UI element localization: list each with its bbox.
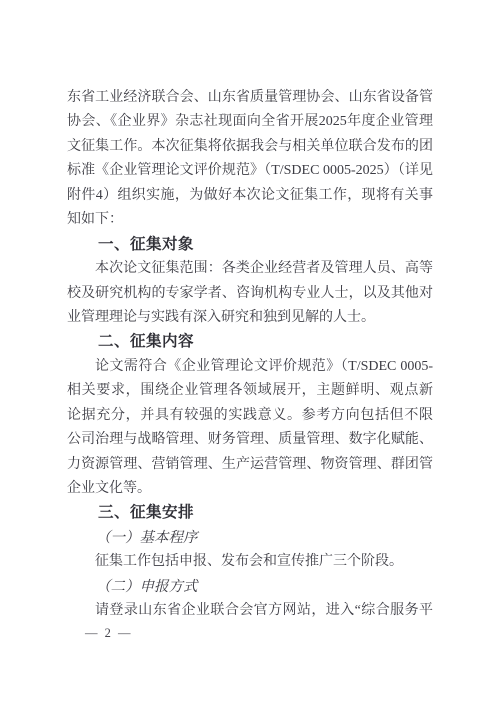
text-line: 东省工业经济联合会、山东省质量管理协会、山东省设备管理 xyxy=(67,86,433,110)
text-line: 论文需符合《企业管理论文评价规范》（T/SDEC 0005-2025） xyxy=(67,355,433,379)
section-heading-1: 一、征集对象 xyxy=(67,233,433,257)
text-line: 论据充分，并具有较强的实践意义。参考方向包括但不限于： xyxy=(67,404,433,428)
text-line: 公司治理与战略管理、财务管理、质量管理、数字化赋能、人 xyxy=(67,428,433,452)
text-line: 相关要求，围绕企业管理各领域展开，主题鲜明、观点新颖、 xyxy=(67,379,433,403)
text-line: 业管理理论与实践有深入研究和独到见解的人士。 xyxy=(67,306,433,330)
section-heading-2: 二、征集内容 xyxy=(67,330,433,354)
document-body-text: 东省工业经济联合会、山东省质量管理协会、山东省设备管理 协会、《企业界》杂志社现… xyxy=(67,86,433,624)
text-line: 力资源管理、营销管理、生产运营管理、物资管理、群团管理、 xyxy=(67,453,433,477)
text-line: 知如下： xyxy=(67,208,433,232)
text-line: 本次论文征集范围：各类企业经营者及管理人员、高等院 xyxy=(67,257,433,281)
text-line: 附件4）组织实施，为做好本次论文征集工作，现将有关事项通 xyxy=(67,184,433,208)
section-heading-3: 三、征集安排 xyxy=(67,501,433,525)
text-line: 请登录山东省企业联合会官方网站，进入“综合服务平台” xyxy=(67,599,433,623)
page-number: — 2 — xyxy=(85,626,133,641)
document-page: 东省工业经济联合会、山东省质量管理协会、山东省设备管理 协会、《企业界》杂志社现… xyxy=(0,0,500,706)
text-line: 文征集工作。本次征集将依据我会与相关单位联合发布的团体 xyxy=(67,135,433,159)
text-line: 征集工作包括申报、发布会和宣传推广三个阶段。 xyxy=(67,550,433,574)
text-line: 企业文化等。 xyxy=(67,477,433,501)
text-line: 协会、《企业界》杂志社现面向全省开展2025年度企业管理论 xyxy=(67,110,433,134)
subsection-heading-1: （一）基本程序 xyxy=(67,526,433,550)
text-line: 校及研究机构的专家学者、咨询机构专业人士，以及其他对企 xyxy=(67,282,433,306)
subsection-heading-2: （二）申报方式 xyxy=(67,575,433,599)
text-line: 标准《企业管理论文评价规范》（T/SDEC 0005-2025）（详见 xyxy=(67,159,433,183)
